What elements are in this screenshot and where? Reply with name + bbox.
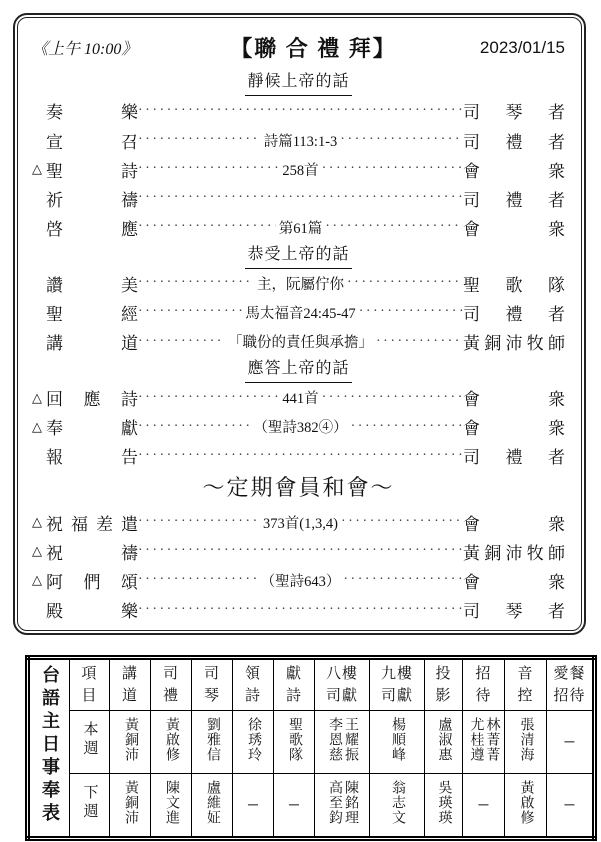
section-heading-3: 應答上帝的話 <box>32 356 565 383</box>
duty-cell: 劉雅信 <box>192 711 233 774</box>
row-label-text: 本週 <box>82 721 98 759</box>
right-label: 會衆 <box>463 414 565 439</box>
right-label: 會衆 <box>463 385 565 410</box>
left-label: 阿們頌 <box>46 568 138 593</box>
right-label: 司琴者 <box>463 98 565 123</box>
program-card: 《上午 10:00》 【聯 合 禮 拜】 2023/01/15 靜候上帝的話 奏… <box>13 13 586 635</box>
column-header-line: 招待 <box>547 685 592 707</box>
program-row: 祈禱 司禮者 <box>32 184 565 213</box>
column-header-line: 目 <box>70 685 109 707</box>
dotted-leader <box>301 542 464 560</box>
section-heading-text: 應答上帝的話 <box>245 356 351 383</box>
left-label: 奉獻 <box>46 414 138 439</box>
section-heading-2: 恭受上帝的話 <box>32 242 565 269</box>
right-label: 會衆 <box>463 568 565 593</box>
program-row: △ 祝福差遣 373首(1,3,4) 會衆 <box>32 508 565 537</box>
column-header-anthem: 獻詩 <box>274 658 315 711</box>
column-header-line: 琴 <box>192 685 232 707</box>
church-bulletin-page: { "header": { "time": "《上午 10:00》", "tit… <box>0 0 601 842</box>
program-row: 宣召 詩篇113:1-3 司禮者 <box>32 126 565 155</box>
leader-area <box>138 102 463 120</box>
duty-cell: 王耀振 李恩慈 <box>315 711 370 774</box>
center-text: 主，阮屬佇你 <box>254 273 347 294</box>
center-text: （聖詩382④） <box>250 416 350 437</box>
center-text: 「職份的責任與承擔」 <box>225 331 376 352</box>
duty-table: 台語主日事奉表 項目 講道 司禮 司琴 領詩 獻詩 八樓司獻 九樓司獻 投影 招… <box>25 655 597 841</box>
dotted-leader <box>322 389 463 407</box>
duty-cell: ─ <box>547 774 595 839</box>
right-label: 司禮者 <box>463 443 565 468</box>
row-prefix: △ <box>32 514 46 530</box>
dotted-leader <box>138 218 276 236</box>
left-label: 講道 <box>46 329 138 354</box>
program-row: △ 聖詩 258首 會衆 <box>32 155 565 184</box>
duty-cell: 陳文進 <box>151 774 192 839</box>
leader-area: （聖詩382④） <box>138 416 463 437</box>
duty-cell: 盧維姃 <box>192 774 233 839</box>
dotted-leader <box>138 189 301 207</box>
duty-name: 盧維姃 <box>204 780 220 825</box>
column-header-line: 禮 <box>151 685 191 707</box>
duty-name: 王耀振 李恩慈 <box>326 717 358 762</box>
dotted-leader <box>341 513 463 531</box>
column-header-line: 司 <box>192 663 232 685</box>
dotted-leader <box>138 513 260 531</box>
column-header-line: 控 <box>505 685 546 707</box>
duty-cell: 黃銅沛 <box>110 774 151 839</box>
center-text: （聖詩643） <box>258 570 344 591</box>
program-row: 報告 司禮者 <box>32 441 565 470</box>
dotted-leader <box>138 571 258 589</box>
duty-cell: 黃啟修 <box>151 711 192 774</box>
column-header-audio: 音控 <box>505 658 547 711</box>
row-label-text: 下週 <box>82 784 98 822</box>
column-header-line: 講 <box>110 663 150 685</box>
section-heading-members-meeting: ～定期會員和會～ <box>32 470 565 507</box>
duty-name: 黃銅沛 <box>122 717 138 762</box>
leader-area <box>138 601 463 619</box>
program-row: △ 祝禱 黃銅沛牧師 <box>32 537 565 566</box>
right-label: 聖歌隊 <box>463 271 565 296</box>
duty-name: 黃啟修 <box>163 717 179 762</box>
column-header-sermon: 講道 <box>110 658 151 711</box>
dotted-leader <box>340 131 463 149</box>
column-header-pianist: 司琴 <box>192 658 233 711</box>
duty-name: 翁志文 <box>389 780 405 825</box>
service-date: 2023/01/15 <box>445 38 565 58</box>
left-label: 回應詩 <box>46 385 138 410</box>
center-text: 馬太福音24:45-47 <box>242 302 358 323</box>
card-header: 《上午 10:00》 【聯 合 禮 拜】 2023/01/15 <box>32 28 565 67</box>
column-header-song-leader: 領詩 <box>233 658 274 711</box>
duty-roster: 台語主日事奉表 項目 講道 司禮 司琴 領詩 獻詩 八樓司獻 九樓司獻 投影 招… <box>25 655 576 841</box>
right-label: 司禮者 <box>463 186 565 211</box>
duty-cell: 林菁菁 尤桂遵 <box>463 711 505 774</box>
row-prefix: △ <box>32 543 46 559</box>
leader-area: 詩篇113:1-3 <box>138 130 463 151</box>
column-header-line: 道 <box>110 685 150 707</box>
leader-area: 258首 <box>138 159 463 180</box>
right-label: 會衆 <box>463 215 565 240</box>
duty-cell: ─ <box>463 774 505 839</box>
left-label: 讚美 <box>46 271 138 296</box>
duty-name: 陳文進 <box>163 780 179 825</box>
dotted-leader <box>138 601 301 619</box>
dotted-leader <box>301 102 464 120</box>
program-row: 啓應 第61篇 會衆 <box>32 213 565 242</box>
center-text: 詩篇113:1-3 <box>261 130 341 151</box>
program-card-inner: 《上午 10:00》 【聯 合 禮 拜】 2023/01/15 靜候上帝的話 奏… <box>17 17 582 631</box>
left-label: 祝禱 <box>46 539 138 564</box>
dotted-leader <box>138 303 242 321</box>
duty-name: 劉雅信 <box>204 717 220 762</box>
column-header-meal-usher: 愛餐招待 <box>547 658 595 711</box>
left-label: 宣召 <box>46 128 138 153</box>
duty-name: 盧淑惠 <box>436 717 452 762</box>
right-label: 司禮者 <box>463 300 565 325</box>
duty-name: 聖歌隊 <box>286 717 302 762</box>
dotted-leader <box>138 447 301 465</box>
column-header-line: 司 <box>151 663 191 685</box>
column-header-line: 詩 <box>233 685 273 707</box>
dotted-leader <box>322 160 463 178</box>
dotted-leader <box>138 389 279 407</box>
table-side-title: 台語主日事奉表 <box>30 665 70 826</box>
dotted-leader <box>359 303 463 321</box>
section-heading-text: 恭受上帝的話 <box>245 242 351 269</box>
dotted-leader <box>138 160 279 178</box>
program-row: △ 阿們頌 （聖詩643） 會衆 <box>32 566 565 595</box>
dotted-leader <box>138 333 225 351</box>
column-header-projection: 投影 <box>425 658 463 711</box>
leader-area <box>138 542 463 560</box>
duty-dash: ─ <box>565 735 575 750</box>
left-label: 報告 <box>46 443 138 468</box>
left-label: 祝福差遣 <box>46 510 138 535</box>
duty-cell: ─ <box>233 774 274 839</box>
duty-cell: ─ <box>274 774 315 839</box>
duty-cell: 聖歌隊 <box>274 711 315 774</box>
dotted-leader <box>138 102 301 120</box>
dotted-leader <box>138 542 301 560</box>
table-row-this-week: 本週 黃銅沛 黃啟修 劉雅信 徐琇玲 聖歌隊 王耀振 李恩慈 楊順峰 盧淑惠 林… <box>28 711 595 774</box>
left-label: 聖經 <box>46 300 138 325</box>
duty-name: 黃啟修 <box>518 780 534 825</box>
row-label-next-week: 下週 <box>70 774 110 839</box>
leader-area: 441首 <box>138 387 463 408</box>
column-header-line: 影 <box>425 685 462 707</box>
dotted-leader <box>325 218 463 236</box>
column-header-line: 獻 <box>274 663 314 685</box>
column-header-9f-offering: 九樓司獻 <box>370 658 425 711</box>
program-row: 殿樂 司琴者 <box>32 595 565 624</box>
dotted-leader <box>301 601 464 619</box>
dotted-leader <box>138 418 250 436</box>
section-heading-text: 靜候上帝的話 <box>245 69 351 96</box>
leader-area: 第61篇 <box>138 217 463 238</box>
leader-area: （聖詩643） <box>138 570 463 591</box>
column-header-line: 詩 <box>274 685 314 707</box>
dotted-leader <box>301 447 464 465</box>
column-header-line: 九樓 <box>370 663 424 685</box>
leader-area: 主，阮屬佇你 <box>138 273 463 294</box>
duty-name: 張清海 <box>518 717 534 762</box>
dotted-leader <box>376 333 463 351</box>
row-prefix: △ <box>32 419 46 435</box>
center-text: 441首 <box>279 387 321 408</box>
duty-dash: ─ <box>479 798 489 813</box>
center-text: 258首 <box>279 159 321 180</box>
duty-cell: 張清海 <box>505 711 547 774</box>
duty-dash: ─ <box>289 798 299 813</box>
duty-name: 林菁菁 尤桂遵 <box>468 717 500 762</box>
dotted-leader <box>138 131 261 149</box>
program-row: 聖經 馬太福音24:45-47 司禮者 <box>32 298 565 327</box>
program-row: 讚美 主，阮屬佇你 聖歌隊 <box>32 269 565 298</box>
row-prefix: △ <box>32 572 46 588</box>
right-label: 司琴者 <box>463 597 565 622</box>
duty-cell: 陳銘理 高至鈞 <box>315 774 370 839</box>
duty-cell: ─ <box>547 711 595 774</box>
right-label: 司禮者 <box>463 128 565 153</box>
row-label-this-week: 本週 <box>70 711 110 774</box>
duty-name: 楊順峰 <box>389 717 405 762</box>
duty-dash: ─ <box>565 798 575 813</box>
dotted-leader <box>138 274 254 292</box>
column-header-line: 項 <box>70 663 109 685</box>
right-label: 會衆 <box>463 157 565 182</box>
column-header-line: 司獻 <box>370 685 424 707</box>
table-header-row: 台語主日事奉表 項目 講道 司禮 司琴 領詩 獻詩 八樓司獻 九樓司獻 投影 招… <box>28 658 595 711</box>
row-prefix: △ <box>32 161 46 177</box>
column-header-8f-offering: 八樓司獻 <box>315 658 370 711</box>
duty-cell: 黃啟修 <box>505 774 547 839</box>
program-row: △ 回應詩 441首 會衆 <box>32 383 565 412</box>
leader-area <box>138 447 463 465</box>
column-header-liturgist: 司禮 <box>151 658 192 711</box>
column-header-line: 司獻 <box>315 685 369 707</box>
dotted-leader <box>347 274 463 292</box>
column-header-line: 音 <box>505 663 546 685</box>
service-title: 【聯 合 禮 拜】 <box>182 32 445 63</box>
table-side-title-cell: 台語主日事奉表 <box>28 658 70 839</box>
duty-cell: 盧淑惠 <box>425 711 463 774</box>
duty-cell: 吳瑛瑛 <box>425 774 463 839</box>
right-label: 黃銅沛牧師 <box>463 329 565 354</box>
section-heading-1: 靜候上帝的話 <box>32 69 565 96</box>
duty-cell: 楊順峰 <box>370 711 425 774</box>
table-row-next-week: 下週 黃銅沛 陳文進 盧維姃 ─ ─ 陳銘理 高至鈞 翁志文 吳瑛瑛 ─ 黃啟修… <box>28 774 595 839</box>
leader-area <box>138 189 463 207</box>
duty-name: 黃銅沛 <box>122 780 138 825</box>
dotted-leader <box>343 571 463 589</box>
duty-name: 吳瑛瑛 <box>436 780 452 825</box>
left-label: 啓應 <box>46 215 138 240</box>
center-text: 373首(1,3,4) <box>260 512 341 533</box>
row-prefix: △ <box>32 390 46 406</box>
duty-cell: 徐琇玲 <box>233 711 274 774</box>
column-header-line: 愛餐 <box>547 663 592 685</box>
program-row: 講道 「職份的責任與承擔」 黃銅沛牧師 <box>32 327 565 356</box>
duty-cell: 翁志文 <box>370 774 425 839</box>
duty-name: 陳銘理 高至鈞 <box>326 780 358 825</box>
duty-dash: ─ <box>248 798 258 813</box>
program-row: △ 奉獻 （聖詩382④） 會衆 <box>32 412 565 441</box>
duty-cell: 黃銅沛 <box>110 711 151 774</box>
leader-area: 373首(1,3,4) <box>138 512 463 533</box>
column-header-line: 投 <box>425 663 462 685</box>
column-header-line: 招 <box>463 663 504 685</box>
dotted-leader <box>301 189 464 207</box>
column-header-line: 待 <box>463 685 504 707</box>
dotted-leader <box>351 418 463 436</box>
leader-area: 「職份的責任與承擔」 <box>138 331 463 352</box>
column-header-line: 八樓 <box>315 663 369 685</box>
left-label: 奏樂 <box>46 98 138 123</box>
program-row: 奏樂 司琴者 <box>32 96 565 125</box>
leader-area: 馬太福音24:45-47 <box>138 302 463 323</box>
duty-name: 徐琇玲 <box>245 717 261 762</box>
right-label: 會衆 <box>463 510 565 535</box>
column-header-usher: 招待 <box>463 658 505 711</box>
left-label: 殿樂 <box>46 597 138 622</box>
service-time: 《上午 10:00》 <box>32 36 182 59</box>
column-header-line: 領 <box>233 663 273 685</box>
center-text: 第61篇 <box>276 217 326 238</box>
column-header-item: 項目 <box>70 658 110 711</box>
right-label: 黃銅沛牧師 <box>463 539 565 564</box>
left-label: 聖詩 <box>46 157 138 182</box>
left-label: 祈禱 <box>46 186 138 211</box>
